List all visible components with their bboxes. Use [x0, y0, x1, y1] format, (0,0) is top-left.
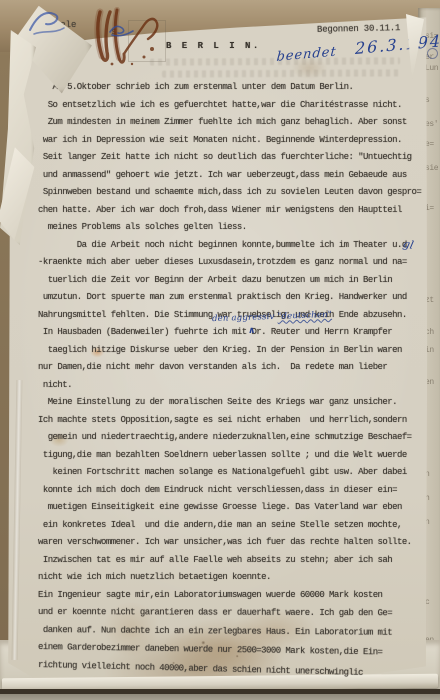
page-stack-edge — [0, 694, 440, 700]
edge-fragment: es' — [425, 120, 438, 129]
photo-background: si= er Lun s es' e= sie i= zt ch in en n… — [0, 0, 440, 700]
edge-fragment: si= — [425, 32, 438, 41]
document-page — [4, 14, 428, 690]
edge-fragment: Lun — [425, 64, 438, 73]
blue-ink-scribble — [108, 22, 136, 38]
blue-pencil-scribble — [24, 0, 72, 38]
brown-ink-blot — [86, 6, 166, 70]
edge-fragment: sie — [425, 164, 438, 173]
